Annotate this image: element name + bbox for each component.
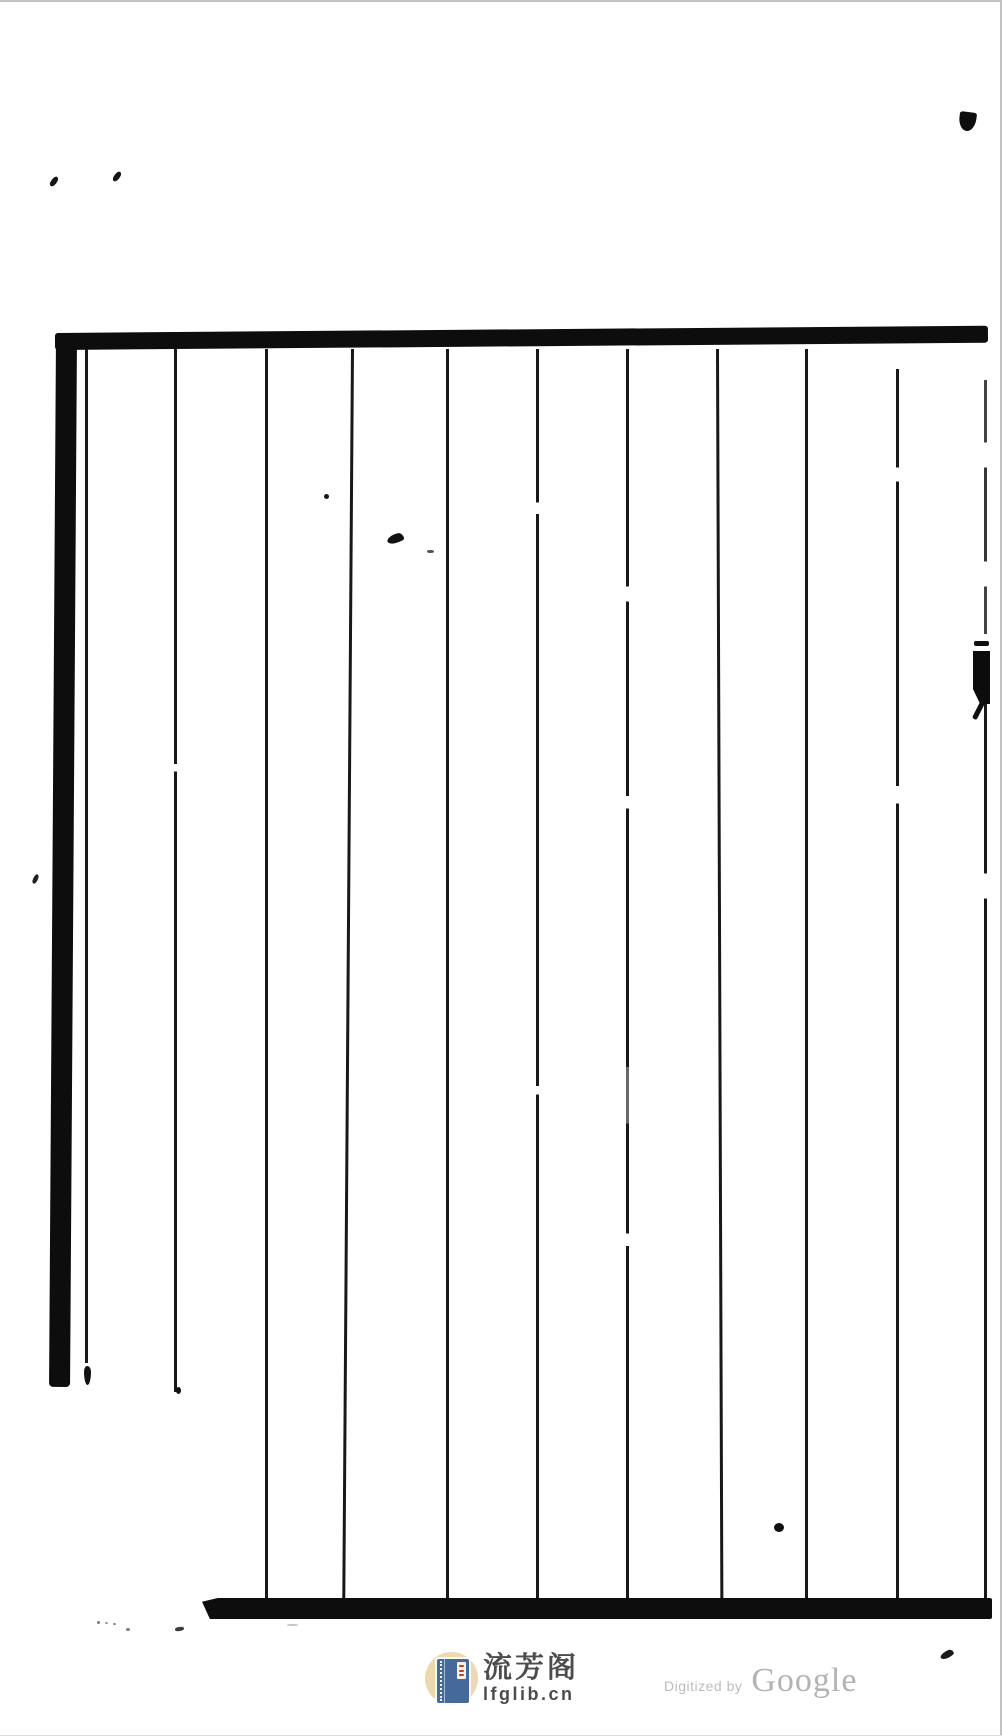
page-frame-top-rule [55,326,988,350]
ink-speck [113,1623,116,1625]
ink-speck [32,874,40,885]
ink-blob-dash [974,641,989,646]
library-watermark: 流芳阁 lfglib.cn [425,1650,655,1710]
digitization-credit: Digitized by Google [664,1662,857,1700]
column-rule [626,349,629,1598]
ink-speck [97,1621,100,1624]
column-rule [896,349,899,1598]
book-spine-line [444,1659,445,1703]
scanned-page: 流芳阁 lfglib.cn Digitized by Google [0,0,1002,1736]
ink-speck [126,1628,130,1631]
ink-speck [176,1387,181,1394]
page-frame-left-rule [49,337,77,1387]
google-wordmark: Google [751,1662,857,1700]
book-title-label [457,1662,466,1679]
ink-speck [49,175,59,188]
page-frame-bottom-rule [202,1598,992,1619]
column-rule [984,349,987,1598]
column-rule [265,349,268,1598]
ink-blob [973,651,990,704]
book-icon [437,1659,469,1703]
ink-speck [175,1626,184,1631]
ink-speck [105,1622,108,1624]
ink-speck [324,494,329,499]
column-rule [342,349,354,1598]
ink-speck [287,1624,298,1626]
ink-speck [112,170,122,183]
watermark-site-domain: lfglib.cn [483,1685,655,1703]
ink-speck [958,111,977,132]
column-rule [536,349,539,1598]
column-rule [446,349,449,1598]
column-rule [85,349,88,1363]
ink-speck [774,1523,784,1532]
watermark-badge [425,1652,478,1705]
column-rule [174,349,177,1392]
ink-speck [386,532,405,545]
scan-edge-top [0,0,1002,2]
ink-speck [84,1366,91,1385]
watermark-text: 流芳阁 lfglib.cn [483,1650,655,1703]
column-rule [805,349,808,1598]
ink-speck [427,550,434,553]
column-rule [716,349,723,1598]
digitized-by-label: Digitized by [664,1678,742,1694]
book-stitching [440,1661,442,1701]
watermark-site-name: 流芳阁 [483,1650,655,1684]
ink-speck [939,1648,955,1660]
